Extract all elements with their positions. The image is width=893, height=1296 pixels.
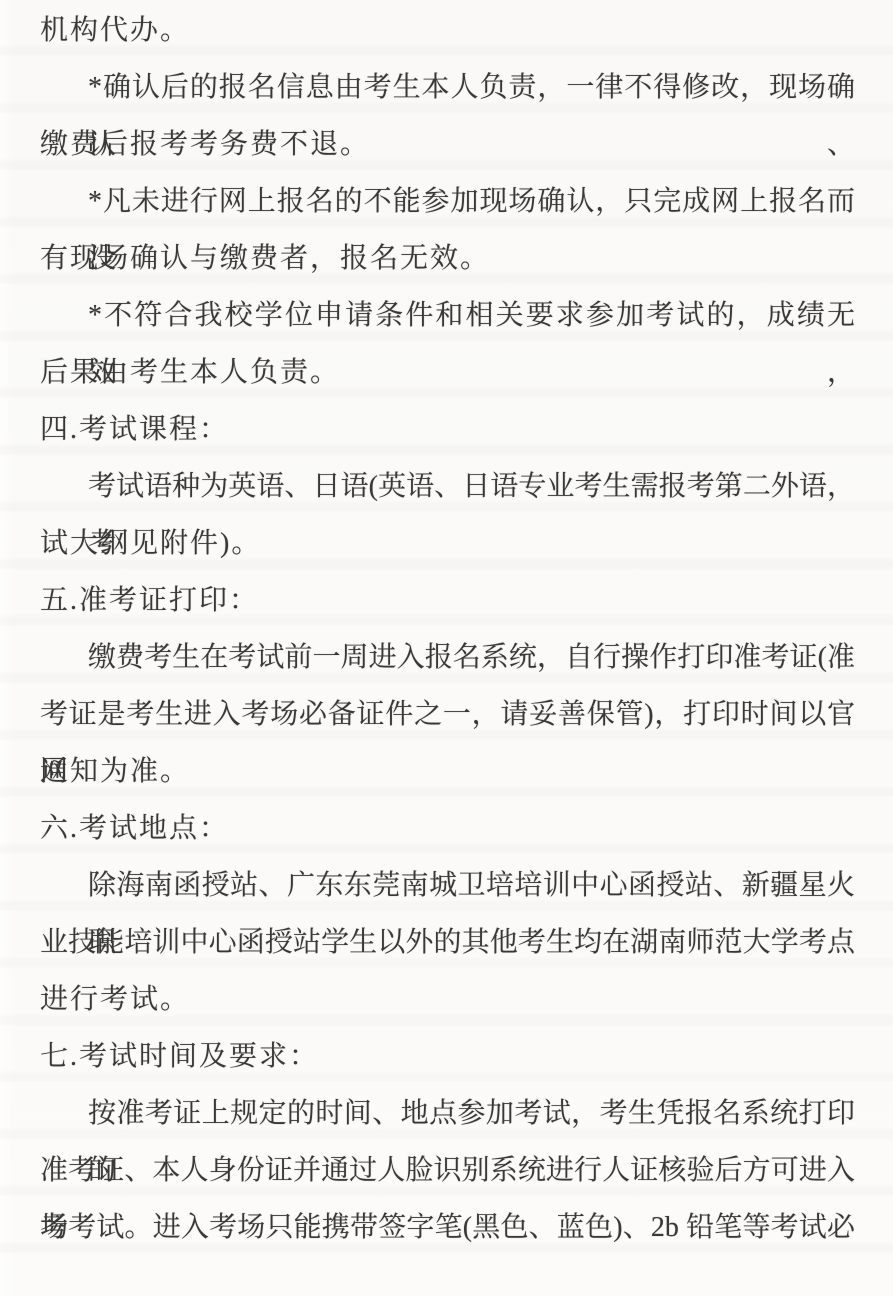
document-text-line: 试大纲见附件)。 xyxy=(0,515,893,572)
document-text-line: 有现场确认与缴费者，报名无效。 xyxy=(0,230,893,287)
document-note-line: *凡未进行网上报名的不能参加现场确认，只完成网上报名而没 xyxy=(0,173,893,230)
document-text-line: 除海南函授站、广东东莞南城卫培培训中心函授站、新疆星火职 xyxy=(0,857,893,914)
document-text-line: 准考证、本人身份证并通过人脸识别系统进行人证核验后方可进入考 xyxy=(0,1142,893,1199)
section-heading: 六.考试地点： xyxy=(0,800,893,857)
document-note-line: *确认后的报名信息由考生本人负责，一律不得修改，现场确认、 xyxy=(0,59,893,116)
document-text-line: 按准考证上规定的时间、地点参加考试，考生凭报名系统打印的 xyxy=(0,1085,893,1142)
section-heading: 七.考试时间及要求： xyxy=(0,1028,893,1085)
document-text-line: 业技能培训中心函授站学生以外的其他考生均在湖南师范大学考点 xyxy=(0,914,893,971)
document-page: 机构代办。 *确认后的报名信息由考生本人负责，一律不得修改，现场确认、 缴费后报… xyxy=(0,0,893,1296)
document-text-line: 考试语种为英语、日语(英语、日语专业考生需报考第二外语，考 xyxy=(0,458,893,515)
document-text-line: 机构代办。 xyxy=(0,2,893,59)
document-text-line: 进行考试。 xyxy=(0,971,893,1028)
document-text-line: 考证是考生进入考场必备证件之一，请妥善保管)，打印时间以官网 xyxy=(0,686,893,743)
section-heading: 四.考试课程： xyxy=(0,401,893,458)
section-heading: 五.准考证打印： xyxy=(0,572,893,629)
document-text-line: 场考试。进入考场只能携带签字笔(黑色、蓝色)、2b 铅笔等考试必 xyxy=(0,1199,893,1256)
document-note-line: *不符合我校学位申请条件和相关要求参加考试的，成绩无效， xyxy=(0,287,893,344)
document-text-line: 通知为准。 xyxy=(0,743,893,800)
document-text-line: 缴费考生在考试前一周进入报名系统，自行操作打印准考证(准 xyxy=(0,629,893,686)
